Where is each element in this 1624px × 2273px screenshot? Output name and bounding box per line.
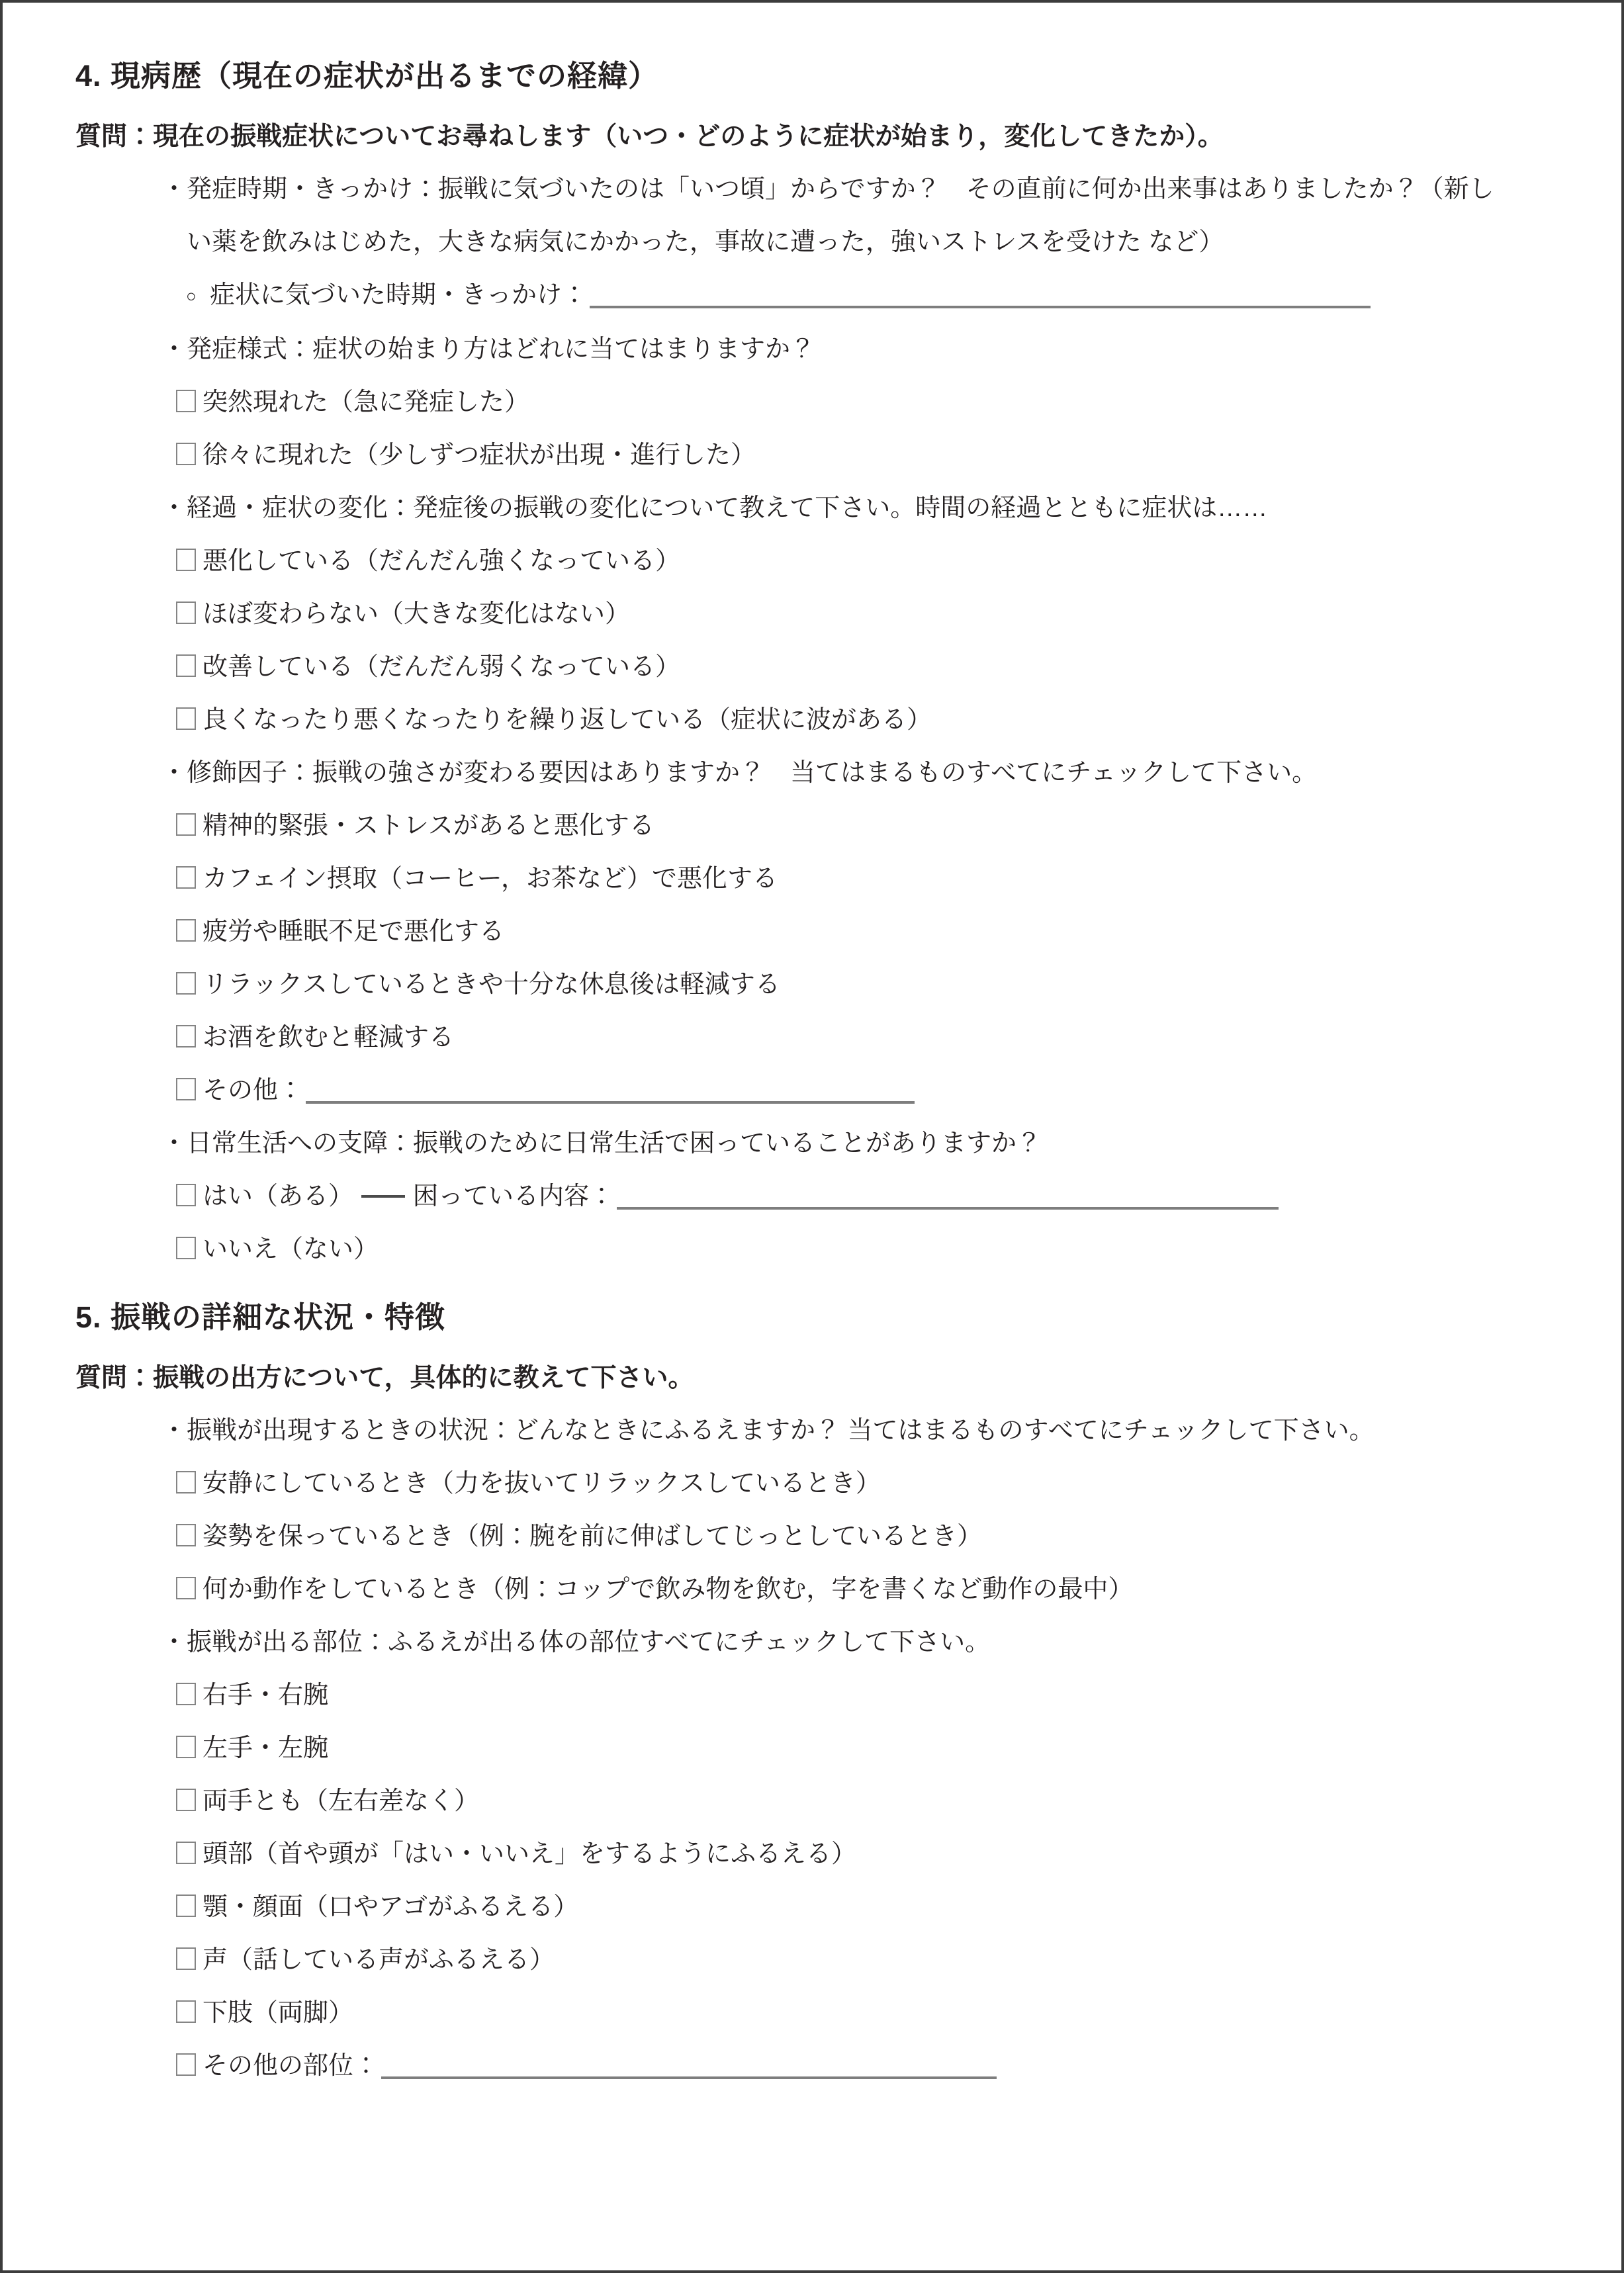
checkbox[interactable]	[176, 1577, 196, 1599]
checkbox[interactable]	[176, 813, 196, 836]
connector-dash-icon	[361, 1195, 405, 1198]
checkbox[interactable]	[176, 2053, 196, 2076]
checkbox-label: お酒を飲むと軽減する	[203, 1023, 454, 1052]
checkbox-item: ほぼ変わらない（大きな変化はない）	[3, 600, 1621, 629]
bullet-item: ・経過・症状の変化：発症後の振戦の変化について教えて下さい。時間の経過とともに症…	[3, 494, 1621, 523]
item-label: 修飾因子：振戦の強さが変わる要因はありますか？ 当てはまるものすべてにチェックし…	[187, 758, 1317, 787]
section-question: 質問：振戦の出方について，具体的に教えて下さい。	[75, 1363, 1621, 1394]
checkbox-label: その他の部位：	[203, 2051, 379, 2080]
checkbox[interactable]	[176, 1471, 196, 1493]
checkbox-label: 疲労や睡眠不足で悪化する	[203, 917, 504, 946]
checkbox-item: 姿勢を保っているとき（例：腕を前に伸ばしてじっとしているとき）	[3, 1522, 1621, 1551]
checkbox-label: 精神的緊張・ストレスがあると悪化する	[203, 811, 654, 840]
checkbox-item: 安静にしているとき（力を抜いてリラックスしているとき）	[3, 1469, 1621, 1498]
fill-in-blank[interactable]	[617, 1182, 1279, 1210]
checkbox[interactable]	[176, 549, 196, 571]
bullet-icon: ・	[161, 1416, 187, 1445]
checkbox[interactable]	[176, 707, 196, 730]
checkbox-item: 頭部（首や頭が「はい・いいえ」をするようにふるえる）	[3, 1840, 1621, 1869]
checkbox[interactable]	[176, 602, 196, 624]
checkbox-label: はい（ある）	[203, 1182, 353, 1211]
checkbox-label: 徐々に現れた（少しずつ症状が出現・進行した）	[203, 441, 756, 470]
checkbox-label: 悪化している（だんだん強くなっている）	[203, 547, 680, 576]
checkbox-label: いいえ（ない）	[203, 1235, 379, 1264]
checkbox-item: 両手とも（左右差なく）	[3, 1787, 1621, 1816]
bullet-icon: ・	[161, 1129, 187, 1158]
checkbox-item: 精神的緊張・ストレスがあると悪化する	[3, 811, 1621, 840]
fill-in-blank[interactable]	[590, 281, 1371, 308]
checkbox-label: 頭部（首や頭が「はい・いいえ」をするようにふるえる）	[203, 1840, 856, 1869]
checkbox[interactable]	[176, 390, 196, 412]
checkbox-label: リラックスしているときや十分な休息後は軽減する	[203, 970, 780, 999]
checkbox-label: 右手・右腕	[203, 1681, 328, 1710]
checkbox-label: 安静にしているとき（力を抜いてリラックスしているとき）	[203, 1469, 881, 1498]
bullet-icon: ・	[161, 175, 187, 204]
checkbox-item: 徐々に現れた（少しずつ症状が出現・進行した）	[3, 441, 1621, 470]
item-label: 振戦が出る部位：ふるえが出る体の部位すべてにチェックして下さい。	[187, 1628, 990, 1657]
checkbox-label: その他：	[203, 1076, 303, 1105]
checkbox-item: 疲労や睡眠不足で悪化する	[3, 917, 1621, 946]
checkbox[interactable]	[176, 1947, 196, 1970]
item-label: 症状に気づいた時期・きっかけ：	[210, 281, 587, 310]
checkbox-label: 下肢（両脚）	[203, 1998, 353, 2028]
fill-in-blank[interactable]	[306, 1076, 915, 1104]
fill-in-item: ○症状に気づいた時期・きっかけ：	[3, 281, 1621, 311]
checkbox-label: 突然現れた（急に発症した）	[203, 388, 529, 417]
checkbox-item: 下肢（両脚）	[3, 1998, 1621, 2028]
bullet-item: ・振戦が出る部位：ふるえが出る体の部位すべてにチェックして下さい。	[3, 1628, 1621, 1657]
checkbox-label: ほぼ変わらない（大きな変化はない）	[203, 600, 630, 629]
checkbox-label: 両手とも（左右差なく）	[203, 1787, 479, 1816]
checkbox-item: 悪化している（だんだん強くなっている）	[3, 547, 1621, 576]
bullet-item: ・発症様式：症状の始まり方はどれに当てはまりますか？	[3, 335, 1621, 364]
checkbox-item: 顎・顔面（口やアゴがふるえる）	[3, 1893, 1621, 1922]
checkbox[interactable]	[176, 2000, 196, 2023]
checkbox[interactable]	[176, 1789, 196, 1811]
checkbox-item: 声（話している声がふるえる）	[3, 1945, 1621, 1975]
checkbox-item: 何か動作をしているとき（例：コップで飲み物を飲む，字を書くなど動作の最中）	[3, 1575, 1621, 1604]
checkbox[interactable]	[176, 866, 196, 889]
item-label: 発症様式：症状の始まり方はどれに当てはまりますか？	[187, 335, 815, 364]
checkbox[interactable]	[176, 1524, 196, 1546]
checkbox-item: はい（ある）困っている内容：	[3, 1182, 1621, 1211]
item-label: 振戦が出現するときの状況：どんなときにふるえますか？ 当てはまるものすべてにチェ…	[187, 1416, 1375, 1445]
checkbox-label: 改善している（だんだん弱くなっている）	[203, 652, 680, 682]
checkbox-item: 良くなったり悪くなったりを繰り返している（症状に波がある）	[3, 705, 1621, 735]
bullet-icon: ・	[161, 335, 187, 364]
item-label: 経過・症状の変化：発症後の振戦の変化について教えて下さい。時間の経過とともに症状…	[187, 494, 1267, 523]
checkbox-item: 突然現れた（急に発症した）	[3, 388, 1621, 417]
checkbox-item: その他の部位：	[3, 2051, 1621, 2080]
item-label: 発症時期・きっかけ：振戦に気づいたのは「いつ頃」からですか？ その直前に何か出来…	[187, 175, 1494, 204]
fill-in-blank[interactable]	[381, 2051, 997, 2079]
document-body: 4. 現病歴（現在の症状が出るまでの経緯）質問：現在の振戦症状についてお尋ねしま…	[3, 3, 1621, 2080]
checkbox-item: カフェイン摂取（コーヒー，お茶など）で悪化する	[3, 864, 1621, 893]
checkbox[interactable]	[176, 1025, 196, 1047]
checkbox-item: 左手・左腕	[3, 1734, 1621, 1763]
checkbox[interactable]	[176, 1683, 196, 1705]
bullet-item: ・日常生活への支障：振戦のために日常生活で困っていることがありますか？	[3, 1129, 1621, 1158]
checkbox[interactable]	[176, 1842, 196, 1864]
bullet-icon: ・	[161, 494, 187, 523]
checkbox[interactable]	[176, 1894, 196, 1917]
checkbox-item: お酒を飲むと軽減する	[3, 1023, 1621, 1052]
checkbox-label: 声（話している声がふるえる）	[203, 1945, 555, 1975]
bullet-item: ・発症時期・きっかけ：振戦に気づいたのは「いつ頃」からですか？ その直前に何か出…	[3, 175, 1621, 204]
checkbox-item: リラックスしているときや十分な休息後は軽減する	[3, 970, 1621, 999]
checkbox-label: 良くなったり悪くなったりを繰り返している（症状に波がある）	[203, 705, 932, 735]
checkbox-item: その他：	[3, 1076, 1621, 1105]
questionnaire-page: 4. 現病歴（現在の症状が出るまでの経緯）質問：現在の振戦症状についてお尋ねしま…	[0, 0, 1624, 2273]
checkbox-item: いいえ（ない）	[3, 1235, 1621, 1264]
checkbox[interactable]	[176, 919, 196, 942]
section-title: 4. 現病歴（現在の症状が出るまでの経緯）	[75, 60, 1621, 93]
checkbox-item: 右手・右腕	[3, 1681, 1621, 1710]
checkbox-label: 顎・顔面（口やアゴがふるえる）	[203, 1893, 578, 1922]
checkbox[interactable]	[176, 1078, 196, 1100]
checkbox-label: カフェイン摂取（コーヒー，お茶など）で悪化する	[203, 864, 778, 893]
section-question: 質問：現在の振戦症状についてお尋ねします（いつ・どのように症状が始まり，変化して…	[75, 122, 1621, 152]
checkbox-item: 改善している（だんだん弱くなっている）	[3, 652, 1621, 682]
section-title: 5. 振戦の詳細な状況・特徴	[75, 1301, 1621, 1334]
item-label: 日常生活への支障：振戦のために日常生活で困っていることがありますか？	[187, 1129, 1042, 1158]
bullet-icon: ・	[161, 1628, 187, 1657]
bullet-icon: ・	[161, 758, 187, 787]
checkbox[interactable]	[176, 972, 196, 995]
continuation-line: い薬を飲みはじめた，大きな病気にかかった，事故に遭った，強いストレスを受けた な…	[3, 228, 1621, 257]
bullet-item: ・振戦が出現するときの状況：どんなときにふるえますか？ 当てはまるものすべてにチ…	[3, 1416, 1621, 1445]
item-label: い薬を飲みはじめた，大きな病気にかかった，事故に遭った，強いストレスを受けた な…	[187, 228, 1224, 257]
section-5: 5. 振戦の詳細な状況・特徴質問：振戦の出方について，具体的に教えて下さい。・振…	[3, 1301, 1621, 2080]
checkbox-label: 姿勢を保っているとき（例：腕を前に伸ばしてじっとしているとき）	[203, 1522, 982, 1551]
checkbox[interactable]	[176, 443, 196, 465]
bullet-item: ・修飾因子：振戦の強さが変わる要因はありますか？ 当てはまるものすべてにチェック…	[3, 758, 1621, 787]
section-4: 4. 現病歴（現在の症状が出るまでの経緯）質問：現在の振戦症状についてお尋ねしま…	[3, 60, 1621, 1264]
checkbox[interactable]	[176, 654, 196, 677]
checkbox[interactable]	[176, 1184, 196, 1206]
checkbox[interactable]	[176, 1237, 196, 1259]
circle-marker-icon: ○	[186, 281, 210, 311]
checkbox-label: 何か動作をしているとき（例：コップで飲み物を飲む，字を書くなど動作の最中）	[203, 1575, 1133, 1604]
checkbox-label: 左手・左腕	[203, 1734, 328, 1763]
checkbox[interactable]	[176, 1736, 196, 1758]
checkbox-label: 困っている内容：	[413, 1182, 614, 1211]
